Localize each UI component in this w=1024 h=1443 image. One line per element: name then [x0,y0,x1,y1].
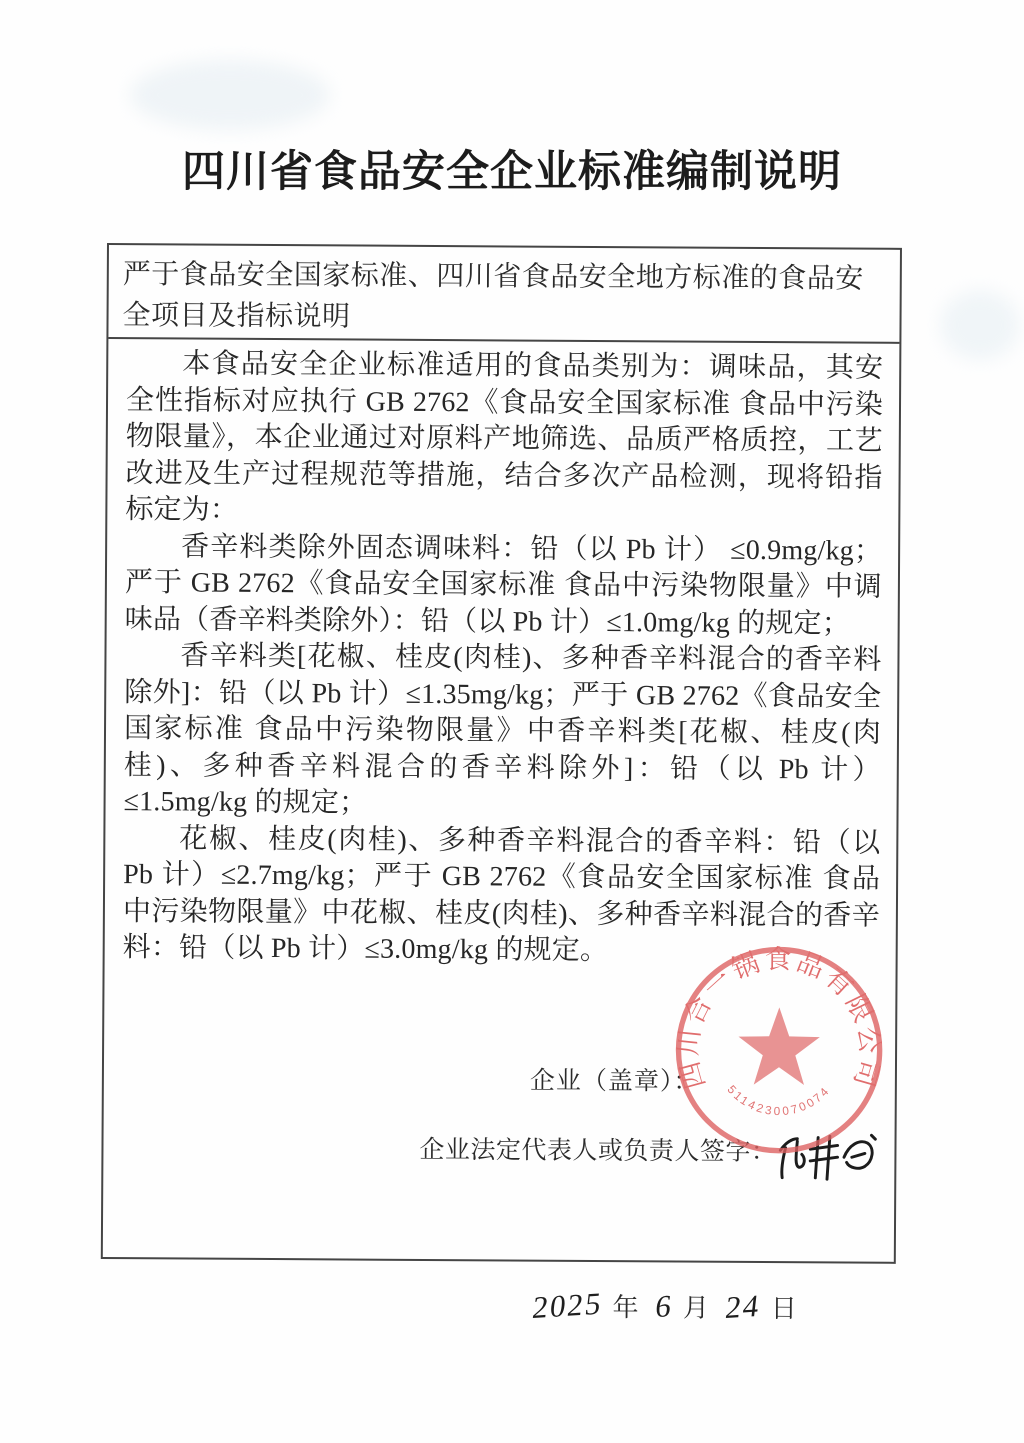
table-body-cell: 本食品安全企业标准适用的食品类别为：调味品，其安全性指标对应执行 GB 2762… [103,339,900,1262]
statement-table: 严于食品安全国家标准、四川省食品安全地方标准的食品安全项目及指标说明 本食品安全… [101,243,902,1264]
stamp-registration-number: 5114230070074 [724,1083,833,1118]
date-year-label: 年 [612,1293,638,1322]
table-header-cell: 严于食品安全国家标准、四川省食品安全地方标准的食品安全项目及指标说明 [108,245,900,344]
body-paragraph: 香辛料类除外固态调味料：铅（以 Pb 计） ≤0.9mg/kg；严于 GB 27… [125,529,883,643]
header-text: 严于食品安全国家标准、四川省食品安全地方标准的食品安全项目及指标说明 [122,259,863,332]
body-paragraph: 本食品安全企业标准适用的食品类别为：调味品，其安全性指标对应执行 GB 2762… [125,346,883,533]
date-month-label: 月 [683,1294,709,1323]
date-year-handwritten: 2025 [531,1285,605,1326]
scan-smudge [940,290,1020,360]
date-day-label: 日 [771,1294,797,1323]
scan-smudge [130,60,330,130]
date-day-handwritten: 24 [724,1288,763,1327]
stamp-star-icon [738,1007,820,1085]
date-row: 2025年 6月 24日 [526,1288,801,1328]
body-paragraph: 香辛料类[花椒、桂皮(肉桂)、多种香辛料混合的香辛料除外]：铅（以 Pb 计）≤… [123,638,881,825]
svg-text:5114230070074: 5114230070074 [724,1083,833,1118]
company-stamp: 四川合一锅食品有限公司 5114230070074 [671,942,886,1157]
page-title: 四川省食品安全企业标准编制说明 [0,138,1024,199]
document-page: 四川省食品安全企业标准编制说明 严于食品安全国家标准、四川省食品安全地方标准的食… [0,0,1024,1443]
date-month-handwritten: 6 [653,1288,675,1326]
